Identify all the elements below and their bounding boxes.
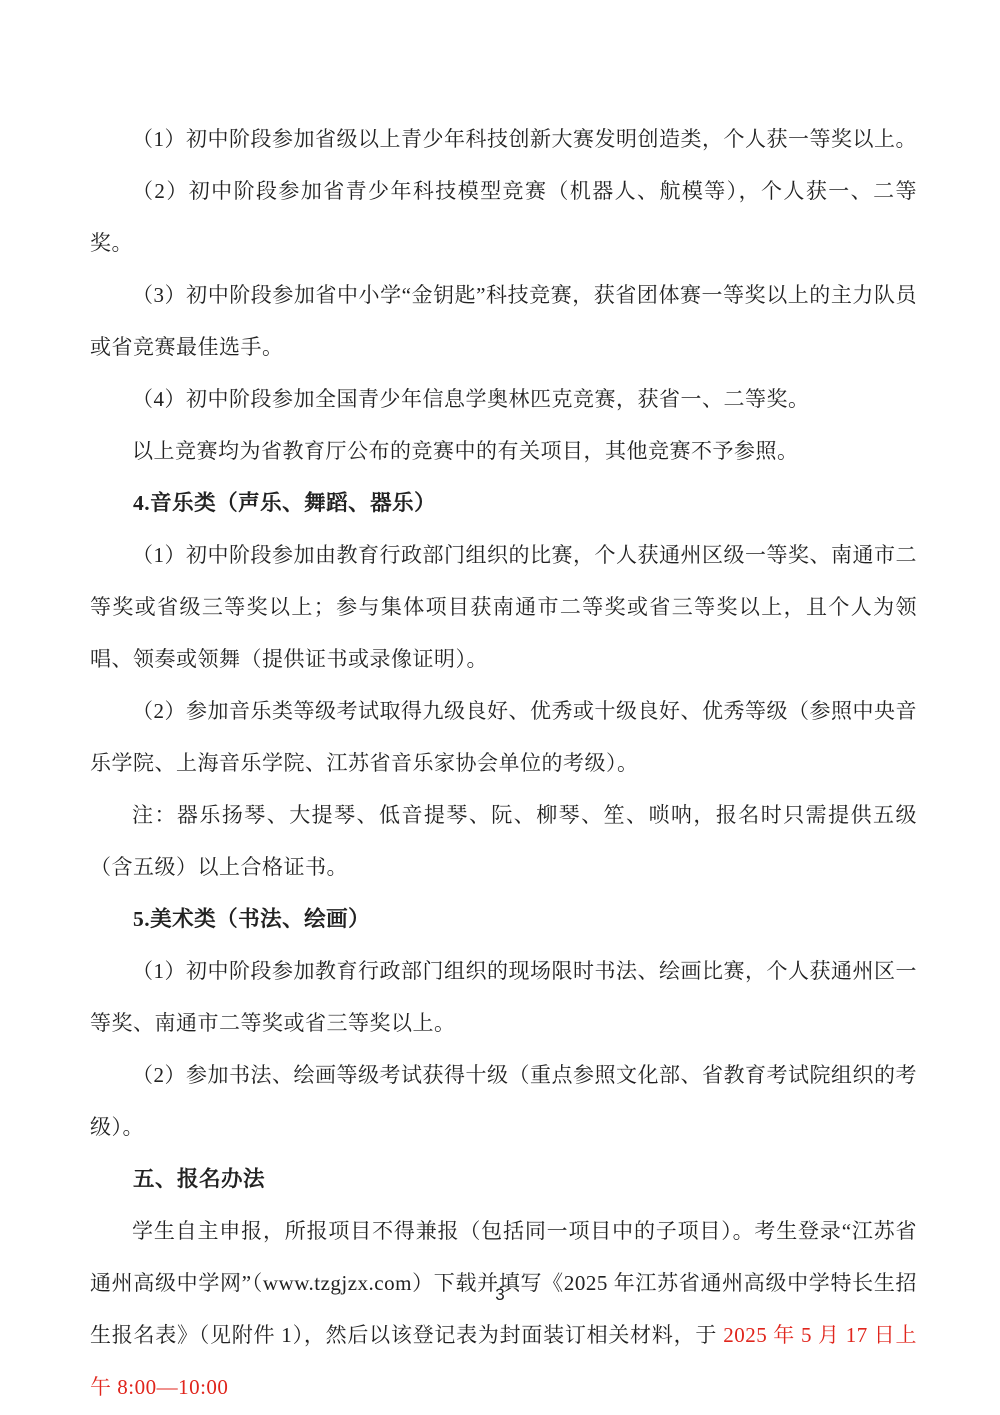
clause-science-note: 以上竞赛均为省教育厅公布的竞赛中的有关项目，其他竞赛不予参照。: [90, 425, 917, 477]
section-heading-registration: 五、报名办法: [90, 1153, 917, 1205]
document-page: （1）初中阶段参加省级以上青少年科技创新大赛发明创造类，个人获一等奖以上。 （2…: [0, 0, 1000, 1415]
clause-science-goldenkey: （3）初中阶段参加省中小学“金钥匙”科技竞赛，获省团体赛一等奖以上的主力队员或省…: [90, 269, 917, 373]
clause-music-grade-exam: （2）参加音乐类等级考试取得九级良好、优秀或十级良好、优秀等级（参照中央音乐学院…: [90, 685, 917, 789]
page-number: 3: [0, 1284, 1000, 1306]
section-heading-music: 4.音乐类（声乐、舞蹈、器乐）: [90, 477, 917, 529]
section-heading-art: 5.美术类（书法、绘画）: [90, 893, 917, 945]
clause-art-grade-exam: （2）参加书法、绘画等级考试获得十级（重点参照文化部、省教育考试院组织的考级）。: [90, 1049, 917, 1153]
clause-art-competition: （1）初中阶段参加教育行政部门组织的现场限时书法、绘画比赛，个人获通州区一等奖、…: [90, 945, 917, 1049]
clause-music-competition: （1）初中阶段参加由教育行政部门组织的比赛，个人获通州区级一等奖、南通市二等奖或…: [90, 529, 917, 685]
clause-science-informatics: （4）初中阶段参加全国青少年信息学奥林匹克竞赛，获省一、二等奖。: [90, 373, 917, 425]
clause-science-model: （2）初中阶段参加省青少年科技模型竞赛（机器人、航模等），个人获一、二等奖。: [90, 165, 917, 269]
clause-music-instrument-note: 注：器乐扬琴、大提琴、低音提琴、阮、柳琴、笙、唢呐，报名时只需提供五级（含五级）…: [90, 789, 917, 893]
clause-science-innovation: （1）初中阶段参加省级以上青少年科技创新大赛发明创造类，个人获一等奖以上。: [90, 113, 917, 165]
document-body: （1）初中阶段参加省级以上青少年科技创新大赛发明创造类，个人获一等奖以上。 （2…: [90, 113, 917, 1413]
registration-paragraph: 学生自主申报，所报项目不得兼报（包括同一项目中的子项目）。考生登录“江苏省通州高…: [90, 1205, 917, 1413]
